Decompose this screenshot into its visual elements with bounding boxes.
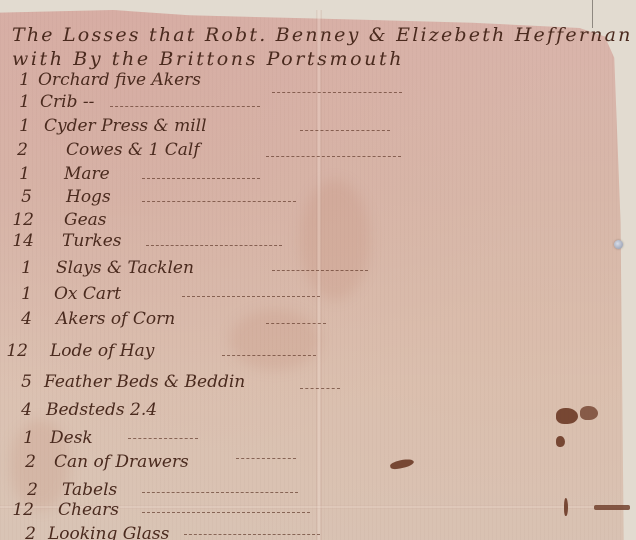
item-description: Hogs [66, 187, 111, 207]
item-quantity: 1 [6, 116, 30, 136]
list-item: 12 Lode of Hay [0, 341, 420, 365]
item-quantity: 1 [10, 428, 34, 448]
item-description: Lode of Hay [50, 341, 154, 361]
ink-blot [556, 436, 565, 447]
fill-line [266, 323, 326, 324]
fill-line [300, 388, 340, 389]
fill-line [272, 270, 368, 271]
fill-line [182, 296, 320, 297]
item-quantity: 12 [10, 500, 34, 520]
item-quantity: 5 [8, 372, 32, 392]
fill-line [142, 512, 310, 513]
list-item: 1 Mare [0, 164, 420, 188]
list-item: 4 Bedsteds 2.4 [0, 400, 420, 424]
item-quantity: 14 [10, 231, 34, 251]
fill-line [146, 245, 282, 246]
fill-line [222, 355, 316, 356]
list-item: 2 Looking Glass [0, 524, 420, 540]
item-description: Cyder Press & mill [44, 116, 207, 136]
item-description: Slays & Tacklen [56, 258, 194, 278]
item-quantity: 12 [10, 210, 34, 230]
list-item: 2 Cowes & 1 Calf [0, 140, 420, 164]
ink-blot [556, 408, 578, 424]
fill-line [184, 534, 320, 535]
item-quantity: 1 [8, 258, 32, 278]
list-item: 12 Chears [0, 500, 420, 524]
item-description: Can of Drawers [54, 452, 189, 472]
item-description: Feather Beds & Beddin [44, 372, 245, 392]
fill-line [128, 438, 198, 439]
item-quantity: 2 [14, 480, 38, 500]
item-quantity: 2 [12, 524, 36, 540]
ink-blot [564, 498, 568, 516]
item-quantity: 1 [6, 92, 30, 112]
item-description: Chears [58, 500, 119, 520]
list-item: 5 Feather Beds & Beddin [0, 372, 420, 396]
item-description: Geas [64, 210, 107, 230]
list-item: 1 Crib -- [0, 92, 420, 116]
item-quantity: 1 [8, 284, 32, 304]
item-description: Crib -- [40, 92, 94, 112]
list-item: 1 Desk [0, 428, 420, 452]
ink-blot [594, 505, 630, 510]
list-item: 2 Can of Drawers [0, 452, 420, 476]
list-item: 1 Cyder Press & mill [0, 116, 420, 140]
item-description: Cowes & 1 Calf [66, 140, 200, 160]
ink-blot [580, 406, 598, 420]
fill-line [110, 106, 260, 107]
item-description: Tabels [62, 480, 117, 500]
fill-line [300, 130, 390, 131]
item-quantity: 12 [4, 341, 28, 361]
item-description: Akers of Corn [56, 309, 175, 329]
item-description: Bedsteds 2.4 [46, 400, 157, 420]
fill-line [142, 201, 296, 202]
heading-line-1: The Losses that Robt. Benney & Elizebeth… [12, 24, 636, 46]
item-quantity: 4 [8, 309, 32, 329]
fill-line [142, 178, 260, 179]
item-quantity: 1 [6, 70, 30, 90]
item-description: Orchard five Akers [38, 70, 201, 90]
fill-line [142, 492, 298, 493]
item-description: Desk [50, 428, 93, 448]
item-description: Looking Glass [48, 524, 169, 540]
fill-line [236, 458, 296, 459]
list-item: 1 Orchard five Akers [0, 70, 420, 94]
item-quantity: 5 [8, 187, 32, 207]
item-description: Mare [64, 164, 110, 184]
list-item: 1 Ox Cart [0, 284, 420, 308]
heading-line-2: with By the Brittons Portsmouth [12, 48, 404, 70]
fill-line [266, 156, 401, 157]
item-quantity: 2 [12, 452, 36, 472]
list-item: 4 Akers of Corn [0, 309, 420, 333]
list-item: 14 Turkes [0, 231, 420, 255]
item-quantity: 1 [6, 164, 30, 184]
item-description: Ox Cart [54, 284, 121, 304]
pin-icon [614, 240, 623, 249]
item-description: Turkes [62, 231, 122, 251]
item-quantity: 4 [8, 400, 32, 420]
item-quantity: 2 [4, 140, 28, 160]
list-item: 1 Slays & Tacklen [0, 258, 420, 282]
list-item: 5 Hogs [0, 187, 420, 211]
